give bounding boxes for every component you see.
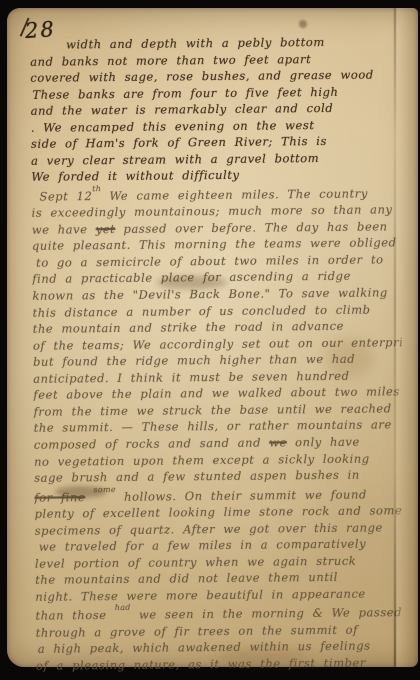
page-edge-crease (394, 8, 396, 667)
inserted-word: th (92, 184, 101, 193)
paper-stain (299, 20, 307, 28)
manuscript-line: covered with sage, rose bushes, and grea… (30, 66, 399, 86)
photo-backdrop: 28 width and depth with a pebly bottoman… (0, 0, 420, 680)
page-edge-strip (396, 8, 418, 667)
struck-out-word: yet (96, 222, 116, 236)
struck-out-word: for fine (34, 490, 85, 504)
inserted-word: some (93, 485, 116, 494)
manuscript-page: 28 width and depth with a pebly bottoman… (7, 8, 418, 667)
inserted-word: had (115, 603, 131, 612)
manuscript-line: of a pleasing nature, as it was the firs… (36, 654, 405, 674)
struck-out-word: we (269, 435, 287, 449)
manuscript-lines: width and depth with a pebly bottomand b… (30, 33, 405, 674)
